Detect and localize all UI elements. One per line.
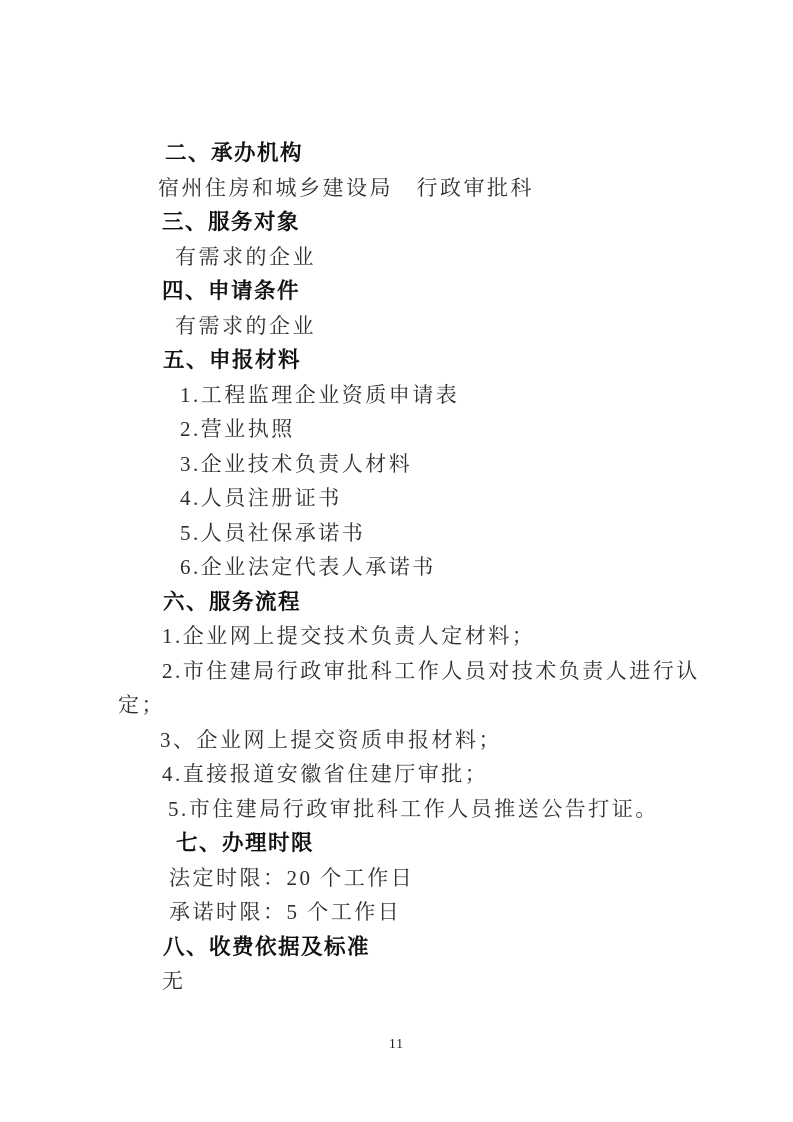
section-heading: 四、申请条件 xyxy=(0,274,793,309)
text-line: 4.人员注册证书 xyxy=(0,481,793,516)
text-line: 1.企业网上提交技术负责人定材料； xyxy=(0,619,793,654)
section-heading: 三、服务对象 xyxy=(0,205,793,240)
text-line: 3、企业网上提交资质申报材料； xyxy=(0,723,793,758)
text-line: 6.企业法定代表人承诺书 xyxy=(0,550,793,585)
text-line: 4.直接报道安徽省住建厅审批； xyxy=(0,757,793,792)
section-heading: 六、服务流程 xyxy=(0,585,793,620)
text-line: 宿州住房和城乡建设局 行政审批科 xyxy=(0,171,793,206)
text-line: 法定时限：20 个工作日 xyxy=(0,861,793,896)
document-body: 二、承办机构宿州住房和城乡建设局 行政审批科三、服务对象有需求的企业四、申请条件… xyxy=(0,136,793,999)
text-line: 无 xyxy=(0,964,793,999)
section-heading: 七、办理时限 xyxy=(0,826,793,861)
text-line: 有需求的企业 xyxy=(0,309,793,344)
text-line: 2.市住建局行政审批科工作人员对技术负责人进行认 xyxy=(0,654,793,689)
section-heading: 八、收费依据及标准 xyxy=(0,930,793,965)
text-line: 5.人员社保承诺书 xyxy=(0,516,793,551)
document-page: 二、承办机构宿州住房和城乡建设局 行政审批科三、服务对象有需求的企业四、申请条件… xyxy=(0,0,793,1122)
page-number: 11 xyxy=(0,1036,793,1052)
text-line: 有需求的企业 xyxy=(0,240,793,275)
text-line: 5.市住建局行政审批科工作人员推送公告打证。 xyxy=(0,792,793,827)
section-heading: 五、申报材料 xyxy=(0,343,793,378)
section-heading: 二、承办机构 xyxy=(0,136,793,171)
text-line: 3.企业技术负责人材料 xyxy=(0,447,793,482)
text-line: 定； xyxy=(0,688,793,723)
text-line: 1.工程监理企业资质申请表 xyxy=(0,378,793,413)
text-line: 2.营业执照 xyxy=(0,412,793,447)
text-line: 承诺时限：5 个工作日 xyxy=(0,895,793,930)
